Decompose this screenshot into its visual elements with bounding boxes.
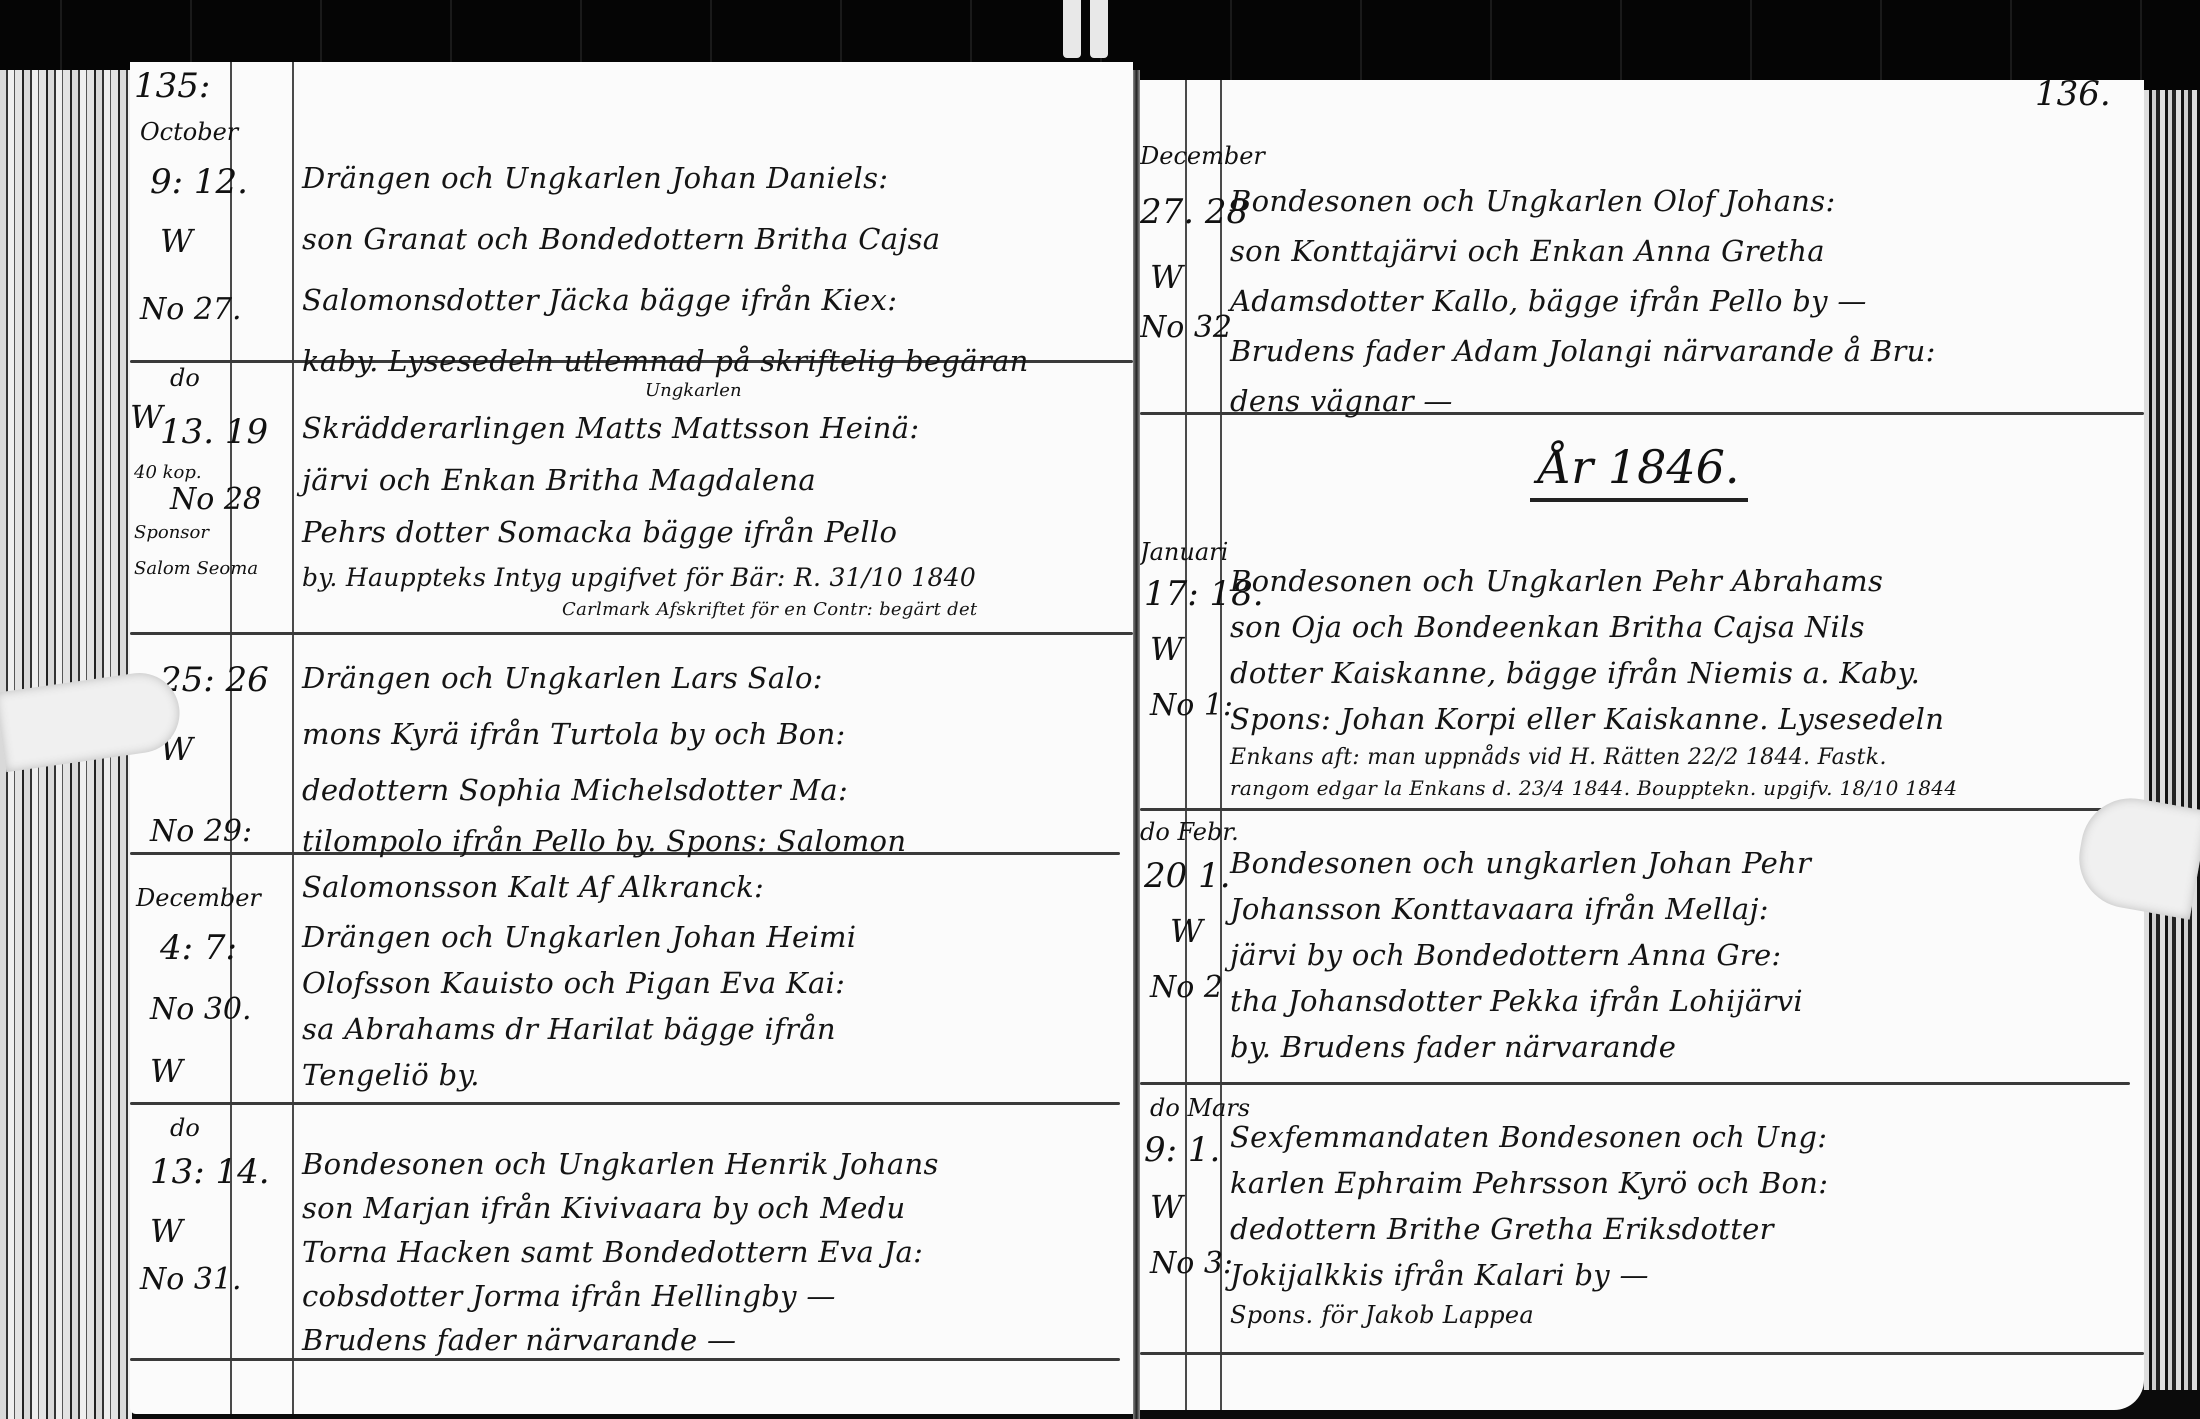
entry-dates: 13. 19 <box>160 412 268 452</box>
entry-separator <box>130 1102 1120 1105</box>
entry-dates: 4: 7: <box>160 928 237 968</box>
entry-text: Skrädderarlingen Matts Mattsson Heinä: j… <box>302 402 977 622</box>
left-page: 135: October 9: 12. W No 27. Drängen och… <box>130 62 1133 1414</box>
book-spine <box>1133 70 1140 1419</box>
entry-separator <box>1140 1082 2130 1085</box>
entry-mark: W <box>160 222 193 260</box>
entry-dates: 9: 1. <box>1144 1130 1220 1170</box>
entry-mark: W <box>1150 630 1183 668</box>
page-edges-right <box>2140 90 2200 1390</box>
entry-separator <box>1140 808 2120 811</box>
interlinear-insertion: Ungkarlen <box>645 380 742 401</box>
entry-text: Drängen och Ungkarlen Johan Daniels: son… <box>302 148 1029 392</box>
entry-mark: W <box>1170 912 1203 950</box>
page-number: 136. <box>2035 80 2111 114</box>
entry-number: No 27. <box>140 292 242 327</box>
entry-text: Drängen och Ungkarlen Johan Heimi Olofss… <box>302 914 856 1098</box>
entry-number: No 29: <box>150 814 252 849</box>
binding-mark <box>1090 0 1108 58</box>
entry-text: Bondesonen och Ungkarlen Olof Johans: so… <box>1230 176 1936 426</box>
entry-text: Drängen och Ungkarlen Lars Salo: mons Ky… <box>302 650 906 910</box>
column-rule <box>292 62 294 1414</box>
page-number: 135: <box>134 66 210 106</box>
entry-mark: W <box>150 1212 183 1250</box>
entry-text: Bondesonen och Ungkarlen Pehr Abrahams s… <box>1230 558 1957 802</box>
entry-mark: W <box>150 1052 183 1090</box>
entry-number: No 31. <box>140 1262 242 1297</box>
column-rule <box>230 62 232 1414</box>
entry-text: Sexfemmandaten Bondesonen och Ung: karle… <box>1230 1114 1828 1332</box>
entry-number: No 28 <box>170 482 262 517</box>
entry-separator <box>1140 1352 2144 1355</box>
column-rule <box>1220 80 1222 1410</box>
binding-mark <box>1063 0 1081 58</box>
month-label: Januari <box>1140 538 1228 566</box>
entry-mark: W <box>130 398 163 436</box>
month-label: October <box>140 118 238 146</box>
entry-number: No 30. <box>150 992 252 1027</box>
month-label: do <box>170 1114 200 1142</box>
month-label: do <box>170 364 200 392</box>
entry-dates: 20 1. <box>1144 856 1231 896</box>
entry-dates: 13: 14. <box>150 1152 270 1192</box>
margin-note: Sponsor <box>134 522 209 544</box>
entry-text: Bondesonen och Ungkarlen Henrik Johans s… <box>302 1142 939 1362</box>
right-page: 136. December 27. 28 W No 32 Bondesonen … <box>1140 80 2144 1410</box>
entry-number: No 1: <box>1150 688 1233 723</box>
entry-number: No 2 <box>1150 970 1223 1005</box>
margin-note: 40 kop. <box>134 462 202 484</box>
entry-number: No 32 <box>1140 310 1232 345</box>
month-label: December <box>136 884 261 912</box>
entry-dates: 9: 12. <box>150 162 248 202</box>
column-rule <box>1185 80 1187 1410</box>
entry-dates: 25: 26 <box>160 660 269 700</box>
entry-mark: W <box>1150 258 1183 296</box>
entry-separator <box>130 632 1133 635</box>
entry-number: No 3: <box>1150 1246 1233 1281</box>
year-heading: År 1846. <box>1530 440 1748 502</box>
margin-note: Salom Seoma <box>134 558 258 580</box>
month-label: December <box>1140 142 1265 170</box>
entry-text: Bondesonen och ungkarlen Johan Pehr Joha… <box>1230 840 1811 1070</box>
month-label: do Febr. <box>1140 818 1239 846</box>
entry-mark: W <box>1150 1188 1183 1226</box>
